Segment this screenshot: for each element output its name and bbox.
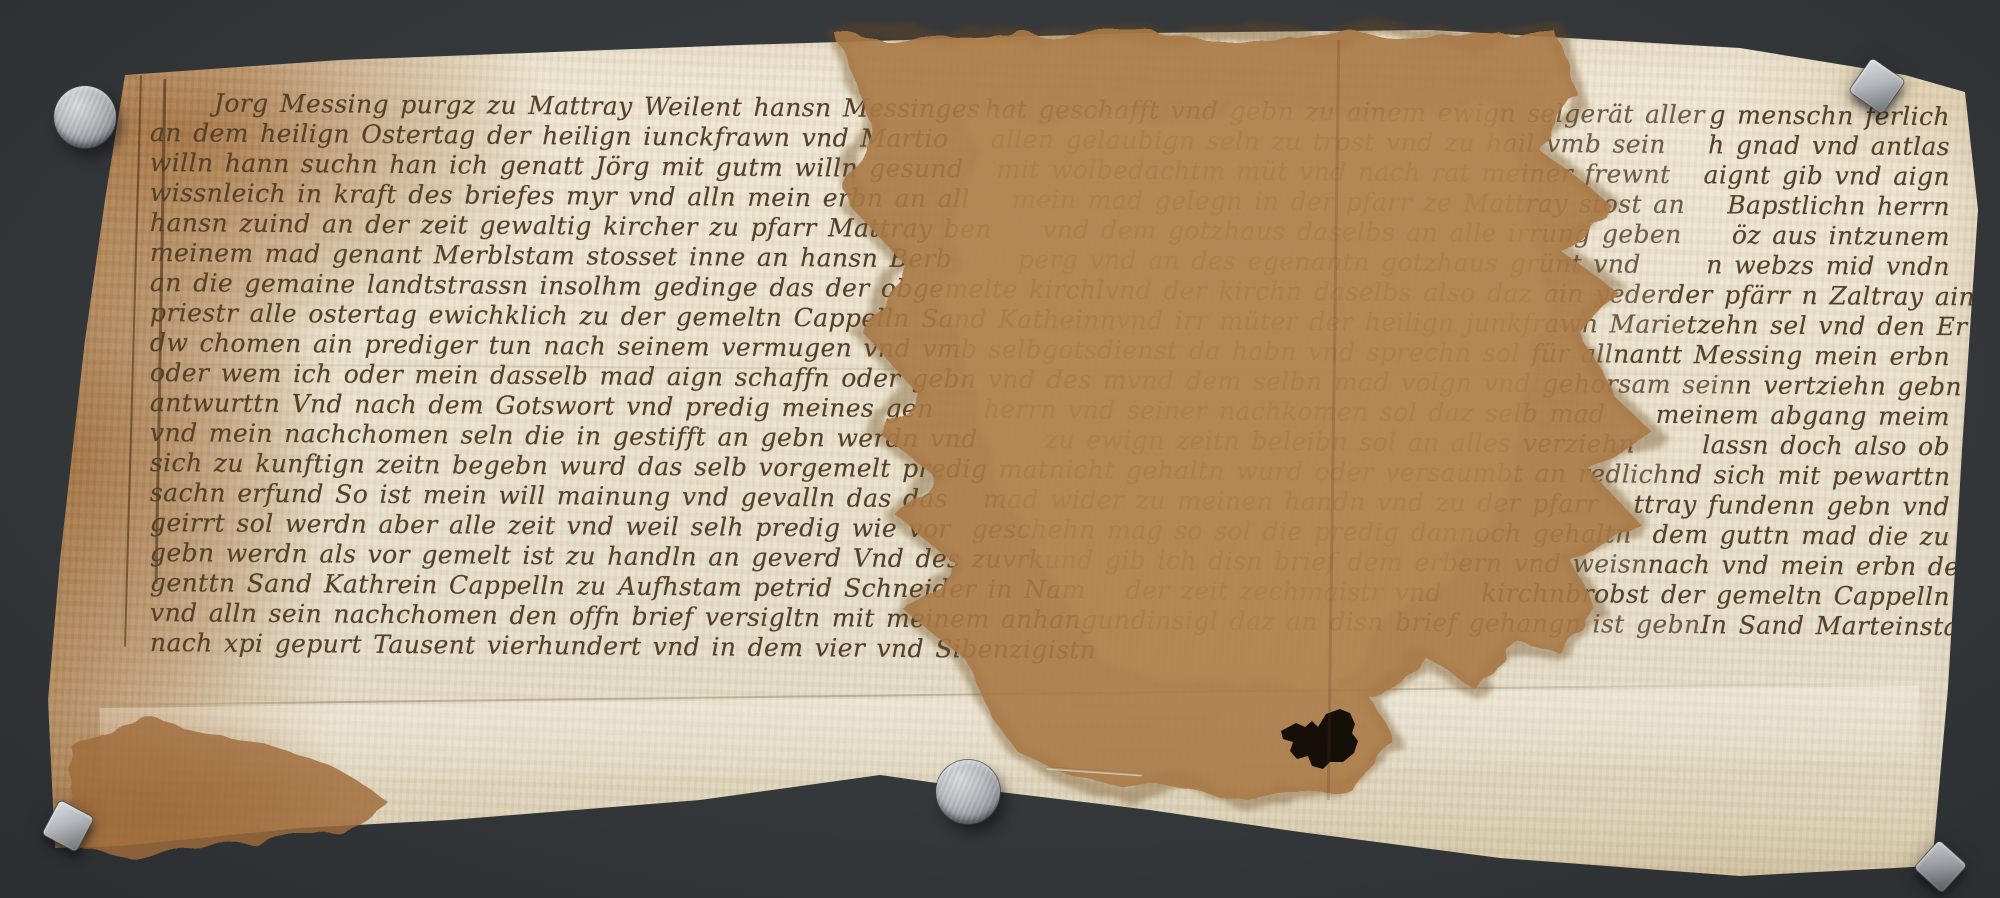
- line-right-fragment: nach vnd mein erbn der: [1648, 550, 1972, 583]
- line-right-fragment: n vertziehn gebn vnd: [1736, 370, 2000, 402]
- line-right-fragment: nantt Messing mein erbn: [1613, 339, 1950, 372]
- parchment-sheet: Jorg Messing purgz zu Mattray Weilent ha…: [40, 25, 1980, 880]
- line-right-fragment: aignt gib vnd aign: [1704, 160, 1951, 192]
- photo-canvas: Jorg Messing purgz zu Mattray Weilent ha…: [0, 0, 2000, 898]
- line-faint-fragment: mad wider zu meinen handn vnd zu der pfa…: [983, 485, 1599, 520]
- line-faint-fragment: vnd irr müter der heilign junkfrawn Mari…: [1116, 306, 1687, 340]
- line-right-fragment: lassn doch also ob: [1702, 430, 1950, 462]
- handwritten-text-block: Jorg Messing purgz zu Mattray Weilent ha…: [40, 25, 1980, 880]
- line-faint-fragment: perg vnd an des egenantn gotzhaus grünt …: [1018, 245, 1641, 280]
- line-right-fragment: g menschn ferlich: [1709, 100, 1950, 132]
- line-faint-fragment: nicht gehaltn wurd oder versaumbt an red…: [1048, 455, 1669, 490]
- line-right-fragment: meinem abgang meim: [1656, 400, 1951, 432]
- line-faint-fragment: vnd dem selbn mad volgn vnd gehorsam sei…: [1127, 366, 1736, 401]
- line-right-fragment: ttray fundenn gebn vnd: [1634, 490, 1951, 522]
- line-right-fragment: dem guttn mad die zu: [1653, 520, 1951, 552]
- line-right-fragment: n webzs mid vndn: [1706, 250, 1950, 282]
- line-right-fragment: nd sich mit pewarttn: [1669, 460, 1950, 492]
- line-faint-fragment: insigl daz an disn brief gehangn ist geb…: [1147, 606, 1701, 640]
- line-right-fragment: der pfärr n Zaltray aine: [1669, 280, 1991, 313]
- line-right-fragment: öz aus intzunem: [1732, 220, 1950, 252]
- line-right-fragment: h gnad vnd antlas: [1708, 130, 1950, 162]
- line-right-fragment: Bapstlichn herrn: [1727, 190, 1950, 222]
- line-faint-fragment: vnd der kirchn daselbs also daz ain yede…: [1105, 275, 1669, 309]
- line-right-fragment: kirchnbrobst der gemeltn Cappelln: [1481, 578, 1950, 612]
- line-left-fragment: nach xpi gepurt Tausent vierhundert vnd …: [150, 628, 1097, 665]
- weight-disc-bottom-center: [936, 760, 1000, 824]
- line-faint-fragment: der zeit zechmaistr vnd: [1125, 576, 1442, 608]
- weight-disc-top-left: [54, 86, 116, 148]
- line-faint-fragment: herrn vnd seiner nachkomen sol daz selb …: [984, 395, 1606, 430]
- line-faint-fragment: zu ewign zeitn beleibn sol an alles verz…: [1045, 425, 1635, 460]
- line-right-fragment: tzehn sel vnd den Er: [1687, 310, 1968, 342]
- line-faint-fragment: gotsdienst da habn vnd sprechn sol für a…: [1042, 335, 1613, 369]
- line-right-fragment: In Sand Marteinstag do man: [1700, 610, 2000, 643]
